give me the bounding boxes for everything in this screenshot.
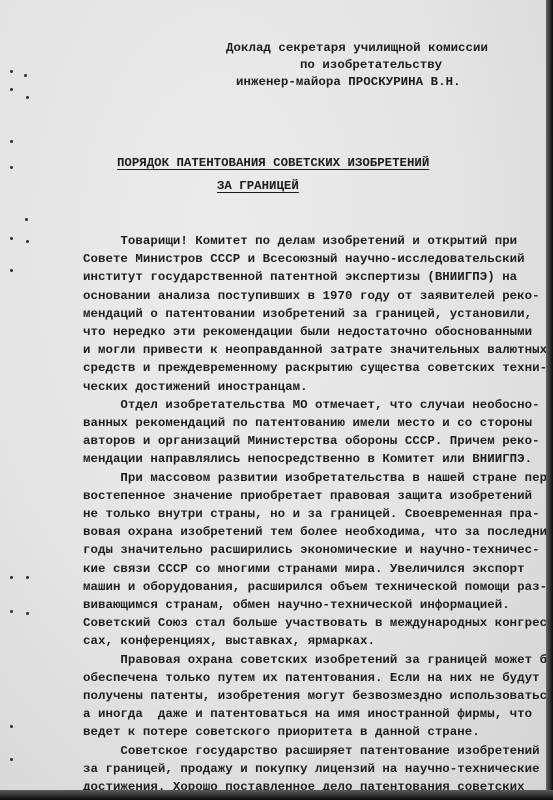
scan-edge-right <box>546 0 553 800</box>
body-line: за границей, продажу и покупку лицензий … <box>83 760 548 778</box>
body-line: ведет к потере советского приоритета в д… <box>83 723 548 741</box>
body-line: основании анализа поступивших в 1970 год… <box>83 287 548 305</box>
body-line: При массовом развитии изобретательства в… <box>83 469 548 487</box>
punch-hole-mark <box>26 240 29 243</box>
punch-hole-mark <box>26 612 29 615</box>
scan-edge-bottom <box>0 790 553 800</box>
body-line: авторов и организаций Министерства оборо… <box>83 432 548 450</box>
document-header: Доклад секретаря училищной комиссии по и… <box>226 40 526 91</box>
body-line: средств и преждевременному раскрытию сущ… <box>83 359 548 377</box>
body-line: мендации направлялись непосредственно в … <box>83 450 548 468</box>
title-line: ЗА ГРАНИЦЕЙ <box>117 175 429 198</box>
body-line: обеспечена только путем их патентования.… <box>83 669 548 687</box>
punch-hole-mark <box>10 237 13 240</box>
body-line: Совете Министров СССР и Всесоюзный научн… <box>83 250 548 268</box>
punch-hole-mark <box>10 166 13 169</box>
punch-hole-mark <box>10 140 13 143</box>
punch-hole-mark <box>10 725 13 728</box>
body-line: ческих достижений иностранцам. <box>83 378 548 396</box>
punch-hole-mark <box>26 576 29 579</box>
body-line: Советский Союз стал больше участвовать в… <box>83 614 548 632</box>
punch-hole-mark <box>10 88 13 91</box>
document-page: Доклад секретаря училищной комиссии по и… <box>0 0 546 790</box>
body-line: получены патенты, изобретения могут безв… <box>83 687 548 705</box>
header-line: Доклад секретаря училищной комиссии <box>226 40 526 57</box>
header-line: по изобретательству <box>226 57 526 74</box>
punch-hole-mark <box>26 96 29 99</box>
body-line: востепенное значение приобретает правова… <box>83 487 548 505</box>
body-line: кие связи СССР со многими странами мира.… <box>83 560 548 578</box>
punch-hole-mark <box>10 269 13 272</box>
punch-hole-mark <box>25 218 28 221</box>
document-title: ПОРЯДОК ПАТЕНТОВАНИЯ СОВЕТСКИХ ИЗОБРЕТЕН… <box>117 152 429 198</box>
body-line: а иногда даже и патентоваться на имя ино… <box>83 705 548 723</box>
punch-hole-mark <box>10 70 13 73</box>
body-line: годы значительно расширились экономическ… <box>83 541 548 559</box>
body-line: Правовая охрана советских изобретений за… <box>83 651 548 669</box>
body-line: что нередко эти рекомендации были недост… <box>83 323 548 341</box>
punch-hole-mark <box>10 610 13 613</box>
body-line: Советское государство расширяет патентов… <box>83 742 548 760</box>
body-line: вовая охрана изобретений тем более необх… <box>83 523 548 541</box>
title-line: ПОРЯДОК ПАТЕНТОВАНИЯ СОВЕТСКИХ ИЗОБРЕТЕН… <box>117 152 429 175</box>
body-line: мендаций о патентовании изобретений за г… <box>83 305 548 323</box>
body-line: Товарищи! Комитет по делам изобретений и… <box>83 232 548 250</box>
body-line: вивающимся странам, обмен научно-техниче… <box>83 596 548 614</box>
body-line: институт государственной патентной экспе… <box>83 268 548 286</box>
body-line: Отдел изобретательства МО отмечает, что … <box>83 396 548 414</box>
body-line: сах, конференциях, выставках, ярмарках. <box>83 632 548 650</box>
body-line: и могли привести к неоправданной затрате… <box>83 341 548 359</box>
punch-hole-mark <box>24 74 27 77</box>
body-line: ванных рекомендаций по патентованию имел… <box>83 414 548 432</box>
header-line: инженер-майора ПРОСКУРИНА В.Н. <box>226 74 526 91</box>
document-body: Товарищи! Комитет по делам изобретений и… <box>83 232 548 796</box>
body-line: не только внутри страны, но и за границе… <box>83 505 548 523</box>
punch-hole-mark <box>10 576 13 579</box>
body-line: машин и оборудования, расширился объем т… <box>83 578 548 596</box>
punch-hole-mark <box>10 758 13 761</box>
